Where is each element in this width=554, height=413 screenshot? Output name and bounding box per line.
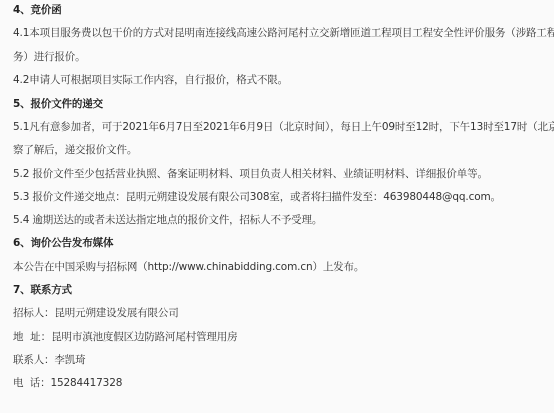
section-7-heading: 7、联系方式 xyxy=(13,283,72,297)
paragraph-4-2: 4.2申请人可根据项目实际工作内容，自行报价，格式不限。 xyxy=(13,73,288,87)
section-5-heading: 5、报价文件的递交 xyxy=(13,97,103,111)
contact-address: 地 址：昆明市滇池度假区边防路河尾村管理用房 xyxy=(13,330,238,344)
paragraph-4-1-cont: 务）进行报价。 xyxy=(13,50,85,64)
phone-label: 电 话： xyxy=(13,377,50,389)
contact-person-label: 联系人： xyxy=(13,354,54,366)
paragraph-5-2: 5.2 报价文件至少包括营业执照、备案证明材料、项目负责人相关材料、业绩证明材料… xyxy=(13,167,488,181)
section-4-heading: 4、竞价函 xyxy=(13,3,62,17)
address-value: 昆明市滇池度假区边防路河尾村管理用房 xyxy=(51,331,237,343)
contact-phone: 电 话：15284417328 xyxy=(13,376,122,390)
contact-tenderer: 招标人：昆明元朔建设发展有限公司 xyxy=(13,306,179,320)
address-label: 地 址： xyxy=(13,331,51,343)
tenderer-value: 昆明元朔建设发展有限公司 xyxy=(54,307,178,319)
section-6-heading: 6、询价公告发布媒体 xyxy=(13,236,113,250)
contact-person-value: 李凯琦 xyxy=(54,354,85,366)
phone-value: 15284417328 xyxy=(50,377,122,389)
paragraph-5-1-cont: 察了解后，递交报价文件。 xyxy=(13,143,137,157)
paragraph-5-3: 5.3 报价文件递交地点：昆明元朔建设发展有限公司308室，或者将扫描件发至：4… xyxy=(13,190,501,204)
paragraph-6-media: 本公告在中国采购与招标网（http://www.chinabidding.com… xyxy=(13,260,364,274)
contact-person: 联系人：李凯琦 xyxy=(13,353,85,367)
paragraph-5-1: 5.1凡有意参加者，可于2021年6月7日至2021年6月9日（北京时间），每日… xyxy=(13,120,554,134)
paragraph-5-4: 5.4 逾期送达的或者未送达指定地点的报价文件，招标人不予受理。 xyxy=(13,213,322,227)
paragraph-4-1: 4.1本项目服务费以包干价的方式对昆明南连接线高速公路河尾村立交新增匝道工程项目… xyxy=(13,26,554,40)
tenderer-label: 招标人： xyxy=(13,307,54,319)
